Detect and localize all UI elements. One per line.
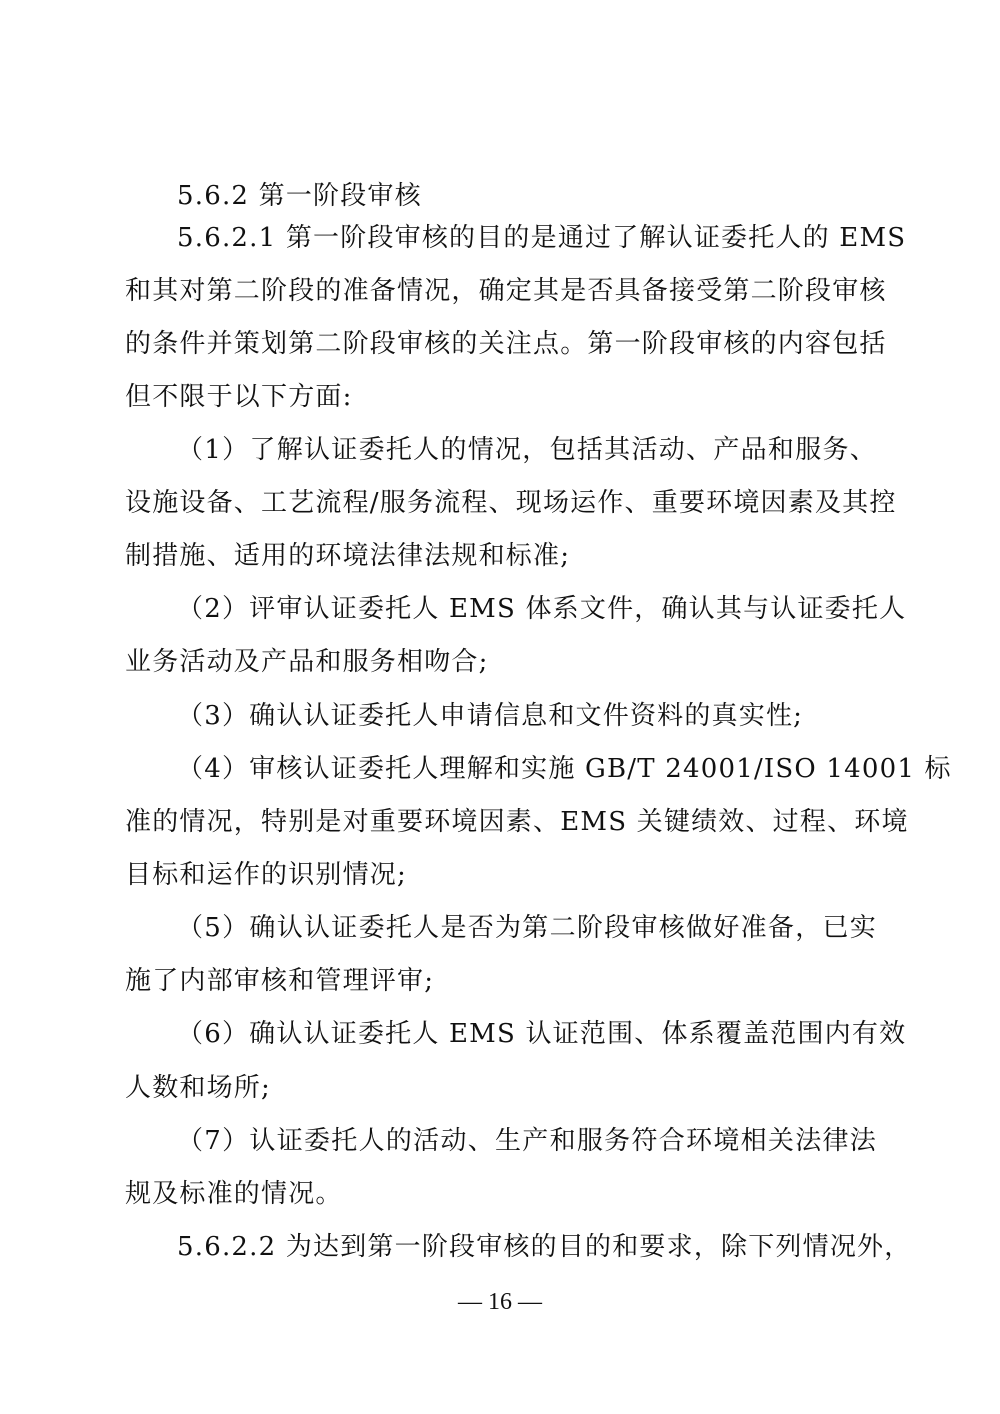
list-item-line: （4）审核认证委托人理解和实施 GB/T 24001/ISO 14001 标 bbox=[177, 743, 877, 796]
page-number: — 16 — bbox=[0, 1280, 1000, 1324]
list-item-line: 制措施、适用的环境法律法规和标准; bbox=[125, 530, 877, 583]
list-item-line: 准的情况，特别是对重要环境因素、EMS 关键绩效、过程、环境 bbox=[125, 796, 877, 849]
list-item-line: 人数和场所; bbox=[125, 1062, 877, 1115]
paragraph-line: 5.6.2.1 第一阶段审核的目的是通过了解认证委托人的 EMS bbox=[177, 212, 877, 265]
paragraph-line: 但不限于以下方面: bbox=[125, 371, 877, 424]
paragraph-line: 5.6.2.2 为达到第一阶段审核的目的和要求，除下列情况外， bbox=[177, 1221, 877, 1274]
list-item-line: （2）评审认证委托人 EMS 体系文件，确认其与认证委托人 bbox=[177, 583, 877, 636]
list-item-line: 设施设备、工艺流程/服务流程、现场运作、重要环境因素及其控 bbox=[125, 477, 877, 530]
list-item-line: （5）确认认证委托人是否为第二阶段审核做好准备，已实 bbox=[177, 902, 877, 955]
list-item-line: 目标和运作的识别情况; bbox=[125, 849, 877, 902]
list-item-line: 规及标准的情况。 bbox=[125, 1168, 877, 1221]
list-item-line: 业务活动及产品和服务相吻合; bbox=[125, 636, 877, 689]
list-item-line: 施了内部审核和管理评审; bbox=[125, 955, 877, 1008]
paragraph-line: 和其对第二阶段的准备情况，确定其是否具备接受第二阶段审核 bbox=[125, 265, 877, 318]
list-item-line: （6）确认认证委托人 EMS 认证范围、体系覆盖范围内有效 bbox=[177, 1008, 877, 1061]
document-page: 5.6.2 第一阶段审核 5.6.2.1 第一阶段审核的目的是通过了解认证委托人… bbox=[0, 0, 1000, 1414]
list-item-line: （7）认证委托人的活动、生产和服务符合环境相关法律法 bbox=[177, 1115, 877, 1168]
paragraph-line: 的条件并策划第二阶段审核的关注点。第一阶段审核的内容包括 bbox=[125, 318, 877, 371]
list-item-line: （3）确认认证委托人申请信息和文件资料的真实性; bbox=[177, 690, 877, 743]
list-item-line: （1）了解认证委托人的情况，包括其活动、产品和服务、 bbox=[177, 424, 877, 477]
